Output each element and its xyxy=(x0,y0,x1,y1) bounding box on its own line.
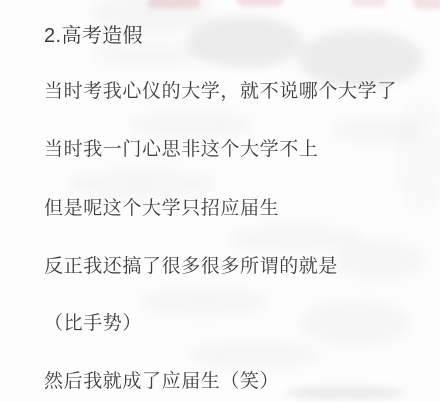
blur-artifact xyxy=(66,170,216,198)
paragraph-line-5: （比手势） xyxy=(44,313,142,335)
watermark-fragment xyxy=(414,0,440,9)
blur-artifact xyxy=(188,16,303,68)
paragraph-line-4: 反正我还搞了很多很多所谓的就是 xyxy=(44,256,338,278)
watermark-fragment xyxy=(352,0,386,7)
blur-artifact xyxy=(286,386,406,400)
blur-artifact xyxy=(298,30,423,88)
blur-artifact xyxy=(398,96,440,216)
section-heading: 2.高考造假 xyxy=(44,25,143,48)
blur-artifact xyxy=(188,342,320,368)
blur-artifact xyxy=(128,112,253,138)
paragraph-line-6: 然后我就成了应届生（笑） xyxy=(44,371,279,393)
paragraph-line-2: 当时我一门心思非这个大学不上 xyxy=(44,139,318,161)
blur-artifact xyxy=(336,240,424,280)
blur-artifact xyxy=(300,300,410,346)
paragraph-line-3: 但是呢这个大学只招应届生 xyxy=(44,198,279,220)
blur-artifact xyxy=(138,288,270,316)
text-screenshot-page: 2.高考造假 当时考我心仪的大学，就不说哪个大学了 当时我一门心思非这个大学不上… xyxy=(0,0,440,402)
watermark-fragment xyxy=(238,0,282,6)
paragraph-line-1: 当时考我心仪的大学，就不说哪个大学了 xyxy=(44,81,397,103)
